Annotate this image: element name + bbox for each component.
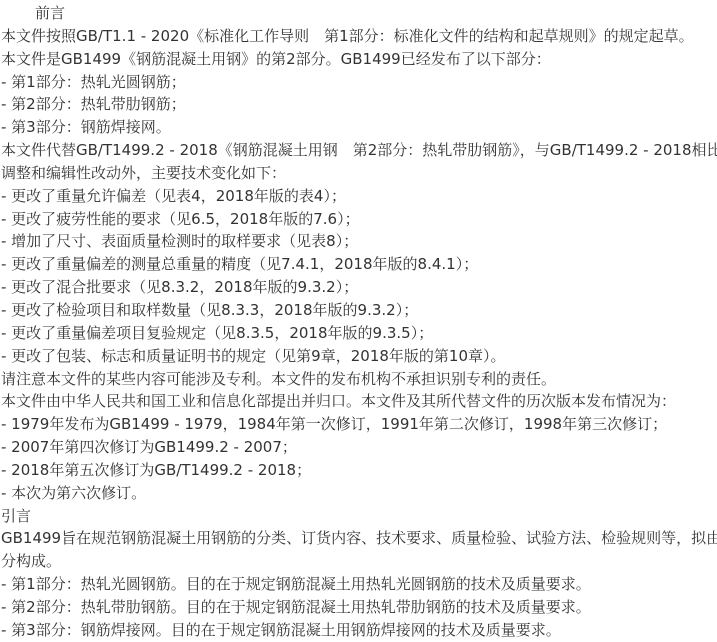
list-item-line: - 2007年第四次修订为GB1499.2 - 2007；: [1, 436, 717, 459]
list-item-line: - 第1部分：热轧光圆钢筋。目的在于规定钢筋混凝土用热轧光圆钢筋的技术及质量要求…: [1, 573, 717, 596]
list-item-line: - 1979年发布为GB1499 - 1979，1984年第一次修订，1991年…: [1, 413, 717, 436]
introduction-heading: 引言: [1, 505, 717, 528]
foreword-heading: 前言: [1, 2, 717, 25]
text-line: 请注意本文件的某些内容可能涉及专利。本文件的发布机构不承担识别专利的责任。: [1, 368, 717, 391]
list-item-line: - 第1部分：热轧光圆钢筋；: [1, 71, 717, 94]
text-line: GB1499旨在规范钢筋混凝土用钢筋的分类、订货内容、技术要求、质量检验、试验方…: [1, 527, 717, 550]
list-item-line: - 本次为第六次修订。: [1, 482, 717, 505]
list-item-line: - 更改了重量偏差项目复验规定（见8.3.5，2018年版的9.3.5）；: [1, 322, 717, 345]
document-page: 前言本文件按照GB/T1.1 - 2020《标准化工作导则 第1部分：标准化文件…: [0, 0, 717, 642]
list-item-line: - 更改了重量偏差的测量总重量的精度（见7.4.1，2018年版的8.4.1）；: [1, 253, 717, 276]
list-item-line: - 第2部分：热轧带肋钢筋；: [1, 93, 717, 116]
list-item-line: - 增加了尺寸、表面质量检测时的取样要求（见表8）；: [1, 230, 717, 253]
list-item-line: - 更改了疲劳性能的要求（见6.5，2018年版的7.6）；: [1, 208, 717, 231]
list-item-line: - 第3部分：钢筋焊接网。: [1, 116, 717, 139]
text-line: 分构成。: [1, 550, 717, 573]
text-line: 本文件按照GB/T1.1 - 2020《标准化工作导则 第1部分：标准化文件的结…: [1, 25, 717, 48]
text-line: 调整和编辑性改动外，主要技术变化如下：: [1, 162, 717, 185]
list-item-line: - 更改了包装、标志和质量证明书的规定（见第9章，2018年版的第10章）。: [1, 345, 717, 368]
text-line: 本文件代替GB/T1499.2 - 2018《钢筋混凝土用钢 第2部分：热轧带肋…: [1, 139, 717, 162]
text-line: 本文件由中华人民共和国工业和信息化部提出并归口。本文件及其所代替文件的历次版本发…: [1, 390, 717, 413]
list-item-line: - 第3部分：钢筋焊接网。目的在于规定钢筋混凝土用钢筋焊接网的技术及质量要求。: [1, 619, 717, 642]
list-item-line: - 更改了重量允许偏差（见表4，2018年版的表4）；: [1, 185, 717, 208]
list-item-line: - 第2部分：热轧带肋钢筋。目的在于规定钢筋混凝土用热轧带肋钢筋的技术及质量要求…: [1, 596, 717, 619]
list-item-line: - 更改了检验项目和取样数量（见8.3.3，2018年版的9.3.2）；: [1, 299, 717, 322]
text-line: 本文件是GB1499《钢筋混凝土用钢》的第2部分。GB1499已经发布了以下部分…: [1, 48, 717, 71]
document-lines: 前言本文件按照GB/T1.1 - 2020《标准化工作导则 第1部分：标准化文件…: [1, 2, 717, 642]
list-item-line: - 2018年第五次修订为GB/T1499.2 - 2018；: [1, 459, 717, 482]
list-item-line: - 更改了混合批要求（见8.3.2，2018年版的9.3.2）；: [1, 276, 717, 299]
